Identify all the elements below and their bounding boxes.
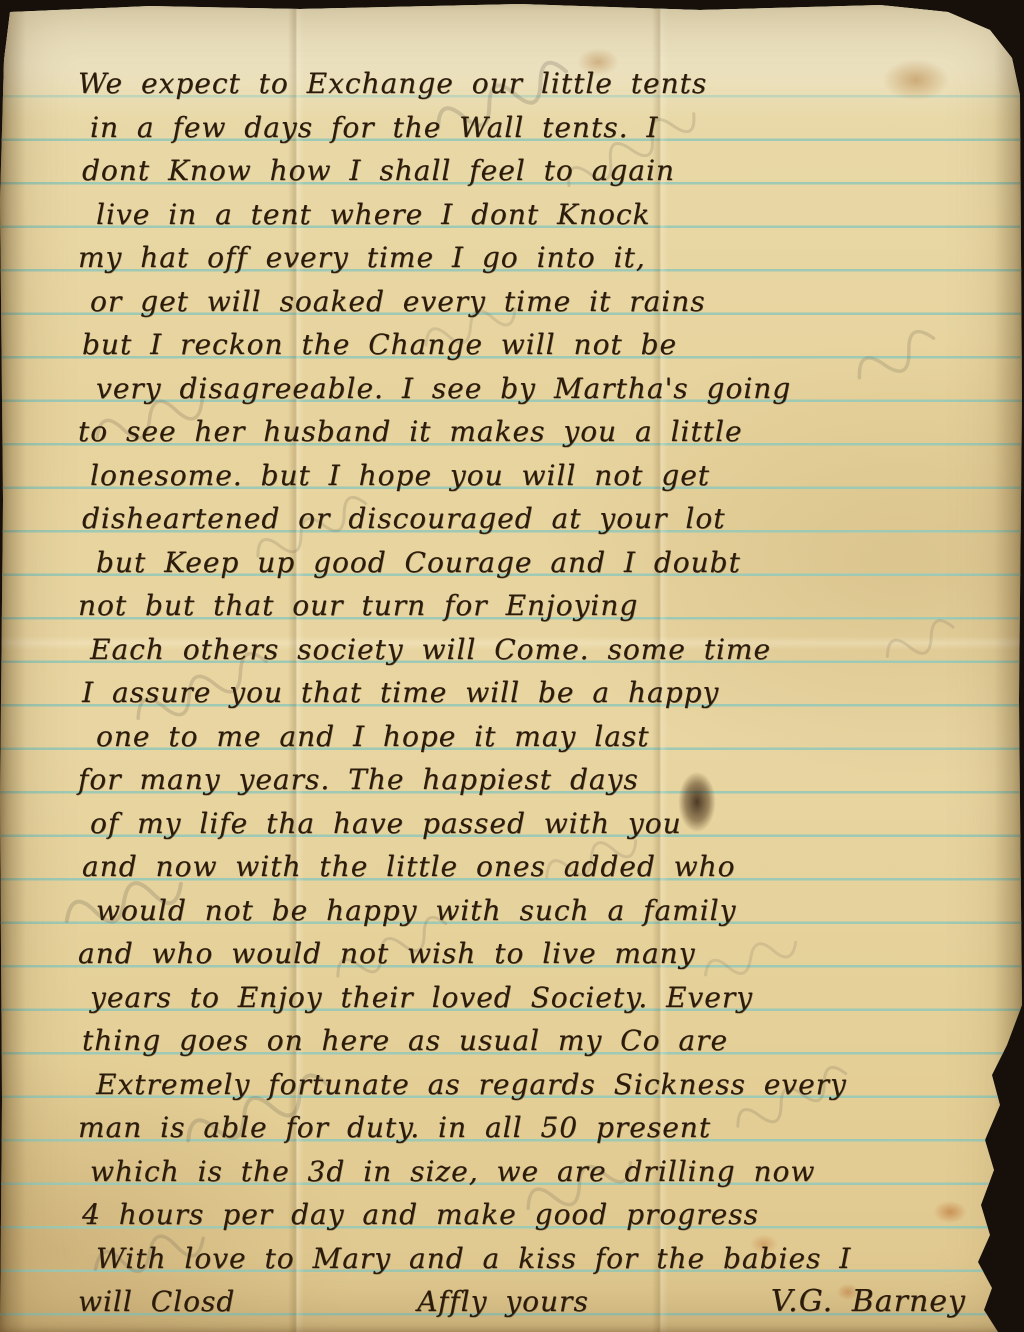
letter-line: but Keep up good Courage and I doubt <box>78 541 1000 585</box>
valediction: Affly yours <box>417 1280 589 1324</box>
letter-line: which is the 3d in size, we are drilling… <box>78 1150 1000 1194</box>
letter-line: live in a tent where I dont Knock <box>78 193 1000 237</box>
letter-line: or get will soaked every time it rains <box>78 280 1000 324</box>
letter-line: and now with the little ones added who <box>78 845 1000 889</box>
letter-body: We expect to Exchange our little tents i… <box>78 62 1000 1324</box>
closing-line: will Closd Affly yours V.G. Barney <box>78 1280 1000 1324</box>
signature: V.G. Barney <box>771 1280 966 1324</box>
letter-line: With love to Mary and a kiss for the bab… <box>78 1237 1000 1281</box>
letter-line: disheartened or discouraged at your lot <box>78 497 1000 541</box>
letter-line: thing goes on here as usual my Co are <box>78 1019 1000 1063</box>
letter-line: I assure you that time will be a happy <box>78 671 1000 715</box>
letter-line: years to Enjoy their loved Society. Ever… <box>78 976 1000 1020</box>
letter-line: lonesome. but I hope you will not get <box>78 454 1000 498</box>
letter-line: 4 hours per day and make good progress <box>78 1193 1000 1237</box>
letter-line: would not be happy with such a family <box>78 889 1000 933</box>
letter-line: We expect to Exchange our little tents <box>78 62 1000 106</box>
letter-line: to see her husband it makes you a little <box>78 410 1000 454</box>
letter-line: for many years. The happiest days <box>78 758 1000 802</box>
letter-line: but I reckon the Change will not be <box>78 323 1000 367</box>
letter-line: and who would not wish to live many <box>78 932 1000 976</box>
letter-line: one to me and I hope it may last <box>78 715 1000 759</box>
letter-line: man is able for duty. in all 50 present <box>78 1106 1000 1150</box>
letter-line: of my life tha have passed with you <box>78 802 1000 846</box>
letter-line: dont Know how I shall feel to again <box>78 149 1000 193</box>
letter-line: not but that our turn for Enjoying <box>78 584 1000 628</box>
letter-paper: We expect to Exchange our little tents i… <box>0 0 1024 1332</box>
letter-line: very disagreeable. I see by Martha's goi… <box>78 367 1000 411</box>
letter-line: my hat off every time I go into it, <box>78 236 1000 280</box>
letter-line: Extremely fortunate as regards Sickness … <box>78 1063 1000 1107</box>
closing-left: will Closd <box>78 1280 235 1324</box>
letter-line: Each others society will Come. some time <box>78 628 1000 672</box>
letter-line: in a few days for the Wall tents. I <box>78 106 1000 150</box>
